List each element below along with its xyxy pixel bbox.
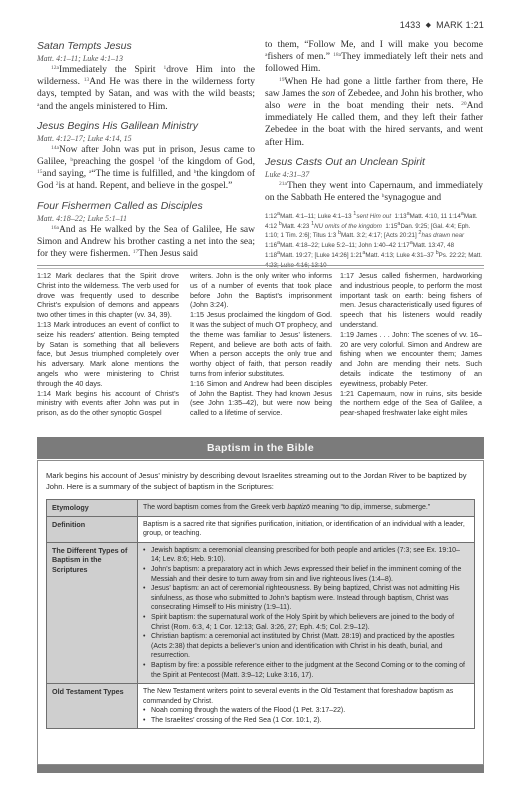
- feature-box-body: Mark begins his account of Jesus’ minist…: [37, 460, 484, 765]
- row-label: Old Testament Types: [47, 684, 138, 729]
- running-head: 1433◆MARK 1:21: [0, 20, 484, 30]
- diamond-icon: ◆: [426, 21, 432, 29]
- row-value: Jewish baptism: a ceremonial cleansing p…: [138, 542, 475, 683]
- bullet-list: Noah coming through the waters of the Fl…: [143, 706, 469, 725]
- verse-text: to them, “Follow Me, and I will make you…: [265, 40, 483, 50]
- bullet-list: Jewish baptism: a ceremonial cleansing p…: [143, 546, 469, 680]
- verse-text: is at hand. Repent, and believe in the g…: [59, 181, 233, 191]
- note-text: Mark declares that the Spirit drove Chri…: [37, 271, 179, 319]
- verse-paragraph: 12aImmediately the Spirit 1drove Him int…: [37, 64, 255, 113]
- table-row: Etymology The word baptism comes from th…: [47, 500, 475, 517]
- row-value: The New Testament writers point to sever…: [138, 684, 475, 729]
- verse-text: of the kingdom of God,: [161, 157, 255, 167]
- cross-ref-text: Matt. 4:18–22; Luke 5:2–11; John 1:40–42: [280, 242, 396, 249]
- cross-ref-verse[interactable]: 1:15: [385, 223, 397, 230]
- list-item: Jesus’ baptism: an act of ceremonial rig…: [143, 584, 469, 613]
- study-note: 1:19 James . . . John: The scenes of vv.…: [340, 330, 482, 389]
- note-text: Jesus proclaimed the kingdom of God. It …: [190, 310, 332, 378]
- scripture-column-left: Satan Tempts Jesus Matt. 4:1–11; Luke 4:…: [37, 39, 255, 266]
- verse-text: and the angels ministered to Him.: [39, 102, 167, 112]
- section-unclean-spirit: Jesus Casts Out an Unclean Spirit Luke 4…: [265, 155, 483, 204]
- footnote-text: has drawn near: [421, 232, 464, 239]
- note-text: Jesus called fishermen, hardworking and …: [340, 271, 482, 329]
- divider-rule: [37, 268, 484, 269]
- list-item: John’s baptism: a preparatory act in whi…: [143, 565, 469, 584]
- cross-ref-text: Matt. 19:27; [Luke 14:26]: [280, 252, 348, 259]
- supplied-word: were: [288, 101, 306, 111]
- study-notes-column-3: 1:17 Jesus called fishermen, hardworking…: [340, 271, 482, 418]
- parallel-references: Luke 4:31–37: [265, 169, 483, 180]
- list-item: Baptism by fire: a possible reference ei…: [143, 661, 469, 680]
- feature-box-title: Baptism in the Bible: [37, 437, 484, 459]
- baptism-feature-box: Baptism in the Bible Mark begins his acc…: [37, 437, 484, 774]
- note-reference: 1:16: [190, 379, 204, 388]
- feature-box-footer-bar: [37, 765, 484, 773]
- study-notes-column-1: 1:12 Mark declares that the Spirit drove…: [37, 271, 179, 418]
- cross-ref-text: Matt. 3:2; 4:17; [Acts 20:21]: [341, 232, 417, 239]
- row-text: meaning “to dip, immerse, submerge.”: [310, 504, 430, 511]
- parallel-references: Matt. 4:1–11; Luke 4:1–13: [37, 53, 255, 64]
- cross-ref-text: Matt. 4:13; Luke 4:31–37: [365, 252, 433, 259]
- row-text: The word baptism comes from the Greek ve…: [143, 504, 287, 511]
- verse-text: preaching the gospel: [73, 157, 158, 167]
- verse-text: synagogue and: [384, 193, 441, 203]
- cross-ref-text: Matt. 4:1–11; Luke 4:1–13: [280, 213, 351, 220]
- baptism-table: Etymology The word baptism comes from th…: [46, 499, 475, 729]
- cross-ref-verse[interactable]: 1:13: [395, 213, 407, 220]
- note-text: James . . . John: The scenes of vv. 16–2…: [340, 330, 482, 388]
- verse-text: Then they went into Capernaum, and immed…: [265, 181, 483, 203]
- table-row: Definition Baptism is a sacred rite that…: [47, 516, 475, 542]
- note-text: Capernaum, now in ruins, sits beside the…: [340, 389, 482, 418]
- note-reference: 1:19: [340, 330, 354, 339]
- cross-ref-verse[interactable]: 1:12: [265, 213, 277, 220]
- cross-ref-text: Matt. 4:23: [282, 223, 310, 230]
- study-note: 1:21 Capernaum, now in ruins, sits besid…: [340, 389, 482, 418]
- note-reference: 1:14: [37, 389, 51, 398]
- cross-ref-verse[interactable]: 1:18: [265, 252, 277, 259]
- note-text: Mark introduces an event of conflict to …: [37, 320, 179, 388]
- verse-text: fishers of men.”: [267, 52, 333, 62]
- study-note: 1:16 Simon and Andrew had been disciples…: [190, 379, 332, 418]
- verse-paragraph: to them, “Follow Me, and I will make you…: [265, 39, 483, 76]
- footnote-text: sent Him out: [356, 213, 391, 220]
- study-note: 1:12 Mark declares that the Spirit drove…: [37, 271, 179, 320]
- row-label: The Different Types of Baptism in the Sc…: [47, 542, 138, 683]
- cross-ref-text: Matt. 13:47, 48: [413, 242, 454, 249]
- section-galilean-ministry: Jesus Begins His Galilean Ministry Matt.…: [37, 119, 255, 193]
- divider-rule: [37, 265, 484, 266]
- parallel-references: Matt. 4:18–22; Luke 5:1–11: [37, 213, 255, 224]
- note-reference: 1:15: [190, 310, 204, 319]
- cross-references: 1:12aMatt. 4:1–11; Luke 4:1–13 1sent Him…: [265, 212, 483, 270]
- cross-ref-verse[interactable]: 1:16: [265, 242, 277, 249]
- book-reference: MARK 1:21: [436, 20, 484, 30]
- study-note: writers. John is the only writer who inf…: [190, 271, 332, 310]
- cross-ref-verse[interactable]: 1:17: [398, 242, 410, 249]
- note-text: Simon and Andrew had been disciples of J…: [190, 379, 332, 417]
- row-label: Etymology: [47, 500, 138, 517]
- scripture-column-right: to them, “Follow Me, and I will make you…: [265, 39, 483, 210]
- table-row: Old Testament Types The New Testament wr…: [47, 684, 475, 729]
- verse-text: Immediately the Spirit: [59, 65, 164, 75]
- supplied-word: son: [322, 89, 335, 99]
- section-heading: Four Fishermen Called as Disciples: [37, 199, 255, 213]
- study-note: 1:13 Mark introduces an event of conflic…: [37, 320, 179, 389]
- verse-paragraph: 16aAnd as He walked by the Sea of Galile…: [37, 224, 255, 261]
- row-value: Baptism is a sacred rite that signifies …: [138, 516, 475, 542]
- list-item: Spirit baptism: the supernatural work of…: [143, 613, 469, 632]
- verse-text: and saying,: [43, 169, 89, 179]
- study-notes-column-2: writers. John is the only writer who inf…: [190, 271, 332, 418]
- verse-paragraph: 21aThen they went into Capernaum, and im…: [265, 180, 483, 204]
- study-note: 1:15 Jesus proclaimed the kingdom of God…: [190, 310, 332, 379]
- cross-ref-text: Matt. 4:10, 11: [410, 213, 447, 220]
- parallel-references: Matt. 4:12–17; Luke 4:14, 15: [37, 133, 255, 144]
- list-item: Jewish baptism: a ceremonial cleansing p…: [143, 546, 469, 565]
- verse-text: in the boat mending their nets.: [306, 101, 461, 111]
- row-value: The word baptism comes from the Greek ve…: [138, 500, 475, 517]
- list-item: The Israelites’ crossing of the Red Sea …: [143, 716, 469, 726]
- greek-word: baptizō: [287, 504, 310, 511]
- list-item: Christian baptism: a ceremonial act inst…: [143, 632, 469, 661]
- section-four-fishermen: Four Fishermen Called as Disciples Matt.…: [37, 199, 255, 261]
- note-reference: 1:21: [340, 389, 354, 398]
- section-heading: Satan Tempts Jesus: [37, 39, 255, 53]
- page-number: 1433: [400, 20, 421, 30]
- study-note: 1:17 Jesus called fishermen, hardworking…: [340, 271, 482, 330]
- section-satan-tempts-jesus: Satan Tempts Jesus Matt. 4:1–11; Luke 4:…: [37, 39, 255, 113]
- note-reference: 1:13: [37, 320, 51, 329]
- verse-paragraph: 19When He had gone a little farther from…: [265, 76, 483, 149]
- note-reference: 1:17: [340, 271, 354, 280]
- verse-paragraph: 14aNow after John was put in prison, Jes…: [37, 144, 255, 193]
- table-row: The Different Types of Baptism in the Sc…: [47, 542, 475, 683]
- row-text: The New Testament writers point to sever…: [143, 687, 469, 706]
- note-text: writers. John is the only writer who inf…: [190, 271, 332, 309]
- footnote-text: NU omits of the kingdom: [314, 223, 382, 230]
- note-text: Mark begins his account of Christ’s mini…: [37, 389, 179, 418]
- cross-ref-verse[interactable]: 1:14: [449, 213, 461, 220]
- section-heading: Jesus Casts Out an Unclean Spirit: [265, 155, 483, 169]
- feature-box-intro: Mark begins his account of Jesus’ minist…: [46, 471, 476, 492]
- cross-ref-verse[interactable]: 1:21: [350, 252, 362, 259]
- verse-text: “The time is fulfilled, and: [91, 169, 193, 179]
- note-reference: 1:12: [37, 271, 51, 280]
- section-heading: Jesus Begins His Galilean Ministry: [37, 119, 255, 133]
- list-item: Noah coming through the waters of the Fl…: [143, 706, 469, 716]
- row-label: Definition: [47, 516, 138, 542]
- verse-text: Then Jesus said: [138, 249, 198, 259]
- study-note: 1:14 Mark begins his account of Christ’s…: [37, 389, 179, 418]
